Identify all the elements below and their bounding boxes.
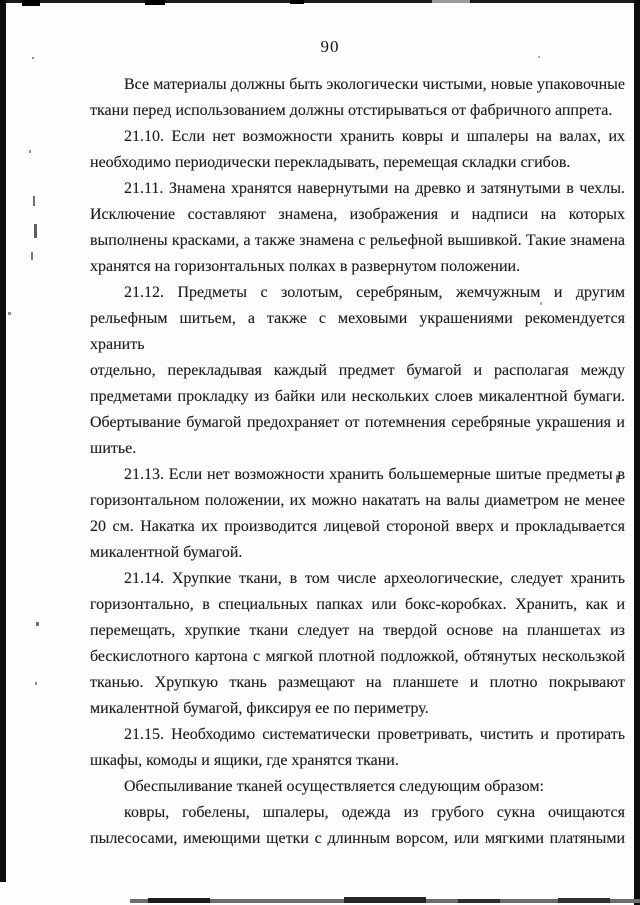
scan-border-left (0, 0, 6, 882)
text-line: микалентной бумагой. (90, 540, 625, 566)
text-line: 21.13. Если нет возможности хранить боль… (90, 462, 625, 488)
text-line: тканью. Хрупкую ткань размещают на планш… (90, 670, 625, 696)
text-line: 21.12. Предметы с золотым, серебряным, ж… (90, 280, 625, 306)
text-line: предметами прокладку из байки или нескол… (90, 384, 625, 410)
scanned-document-page: 90 Все материалы должны быть экологическ… (0, 0, 640, 905)
paragraph: 21.12. Предметы с золотым, серебряным, ж… (90, 280, 625, 462)
scan-border-right (634, 0, 640, 905)
paragraph: 21.14. Хрупкие ткани, в том числе археол… (90, 566, 625, 722)
text-line: бескислотного картона с мягкой плотной п… (90, 644, 625, 670)
text-line: 20 см. Накатка их производится лицевой с… (90, 514, 625, 540)
scan-artifact (145, 0, 165, 5)
scan-artifact (22, 0, 40, 6)
text-line: выполнены красками, а также знамена с ре… (90, 228, 625, 254)
paragraph: ковры, гобелены, шпалеры, одежда из груб… (90, 800, 625, 852)
paragraph: Обеспыливание тканей осуществляется след… (90, 774, 625, 800)
scan-artifact (290, 0, 304, 4)
text-line: рельефным шитьем, а также с меховыми укр… (90, 306, 625, 358)
scan-speckle (33, 196, 35, 206)
paragraph: Все материалы должны быть экологически ч… (90, 72, 625, 124)
text-line: хранятся на горизонтальных полках в разв… (90, 254, 625, 280)
text-line: 21.15. Необходимо систематически проветр… (90, 722, 625, 748)
scan-speckle (31, 252, 33, 260)
page-number: 90 (90, 37, 570, 57)
scan-border-top (0, 0, 640, 3)
scan-speckle (8, 312, 11, 315)
text-line: 21.11. Знамена хранятся навернутыми на д… (90, 176, 625, 202)
scan-speckle (36, 622, 39, 626)
text-line: микалентной бумагой, фиксируя ее по пери… (90, 696, 625, 722)
text-line: ковры, гобелены, шпалеры, одежда из груб… (90, 800, 625, 826)
scan-speckle (29, 150, 31, 153)
scan-speckle (35, 682, 37, 685)
scan-artifact (344, 897, 426, 903)
paragraph: 21.11. Знамена хранятся навернутыми на д… (90, 176, 625, 280)
paragraph: 21.10. Если нет возможности хранить ковр… (90, 124, 625, 176)
text-line: 21.10. Если нет возможности хранить ковр… (90, 124, 625, 150)
scan-artifact (558, 898, 610, 903)
scan-artifact (432, 0, 470, 3)
paragraph: 21.13. Если нет возможности хранить боль… (90, 462, 625, 566)
text-line: Обертывание бумагой предохраняет от поте… (90, 410, 625, 436)
text-body: Все материалы должны быть экологически ч… (90, 72, 625, 852)
paragraph: 21.15. Необходимо систематически проветр… (90, 722, 625, 774)
text-line: перемещать, хрупкие ткани следует на тве… (90, 618, 625, 644)
text-line: Обеспыливание тканей осуществляется след… (90, 774, 625, 800)
text-line: шитье. (90, 436, 625, 462)
text-line: Все материалы должны быть экологически ч… (90, 72, 625, 98)
text-line: Исключение составляют знамена, изображен… (90, 202, 625, 228)
text-line: шкафы, комоды и ящики, где хранятся ткан… (90, 748, 625, 774)
text-line: горизонтально, в специальных папках или … (90, 592, 625, 618)
text-line: отдельно, перекладывая каждый предмет бу… (90, 358, 625, 384)
scan-speckle (34, 224, 37, 238)
scan-artifact (148, 898, 210, 903)
text-line: 21.14. Хрупкие ткани, в том числе археол… (90, 566, 625, 592)
text-line: пылесосами, имеющими щетки с длинным вор… (90, 826, 625, 852)
text-line: ткани перед использованием должны отстир… (90, 98, 625, 124)
text-line: горизонтальном положении, их можно накат… (90, 488, 625, 514)
scan-speckle (32, 57, 34, 59)
text-line: необходимо периодически перекладывать, п… (90, 150, 625, 176)
scan-artifact (458, 899, 500, 903)
